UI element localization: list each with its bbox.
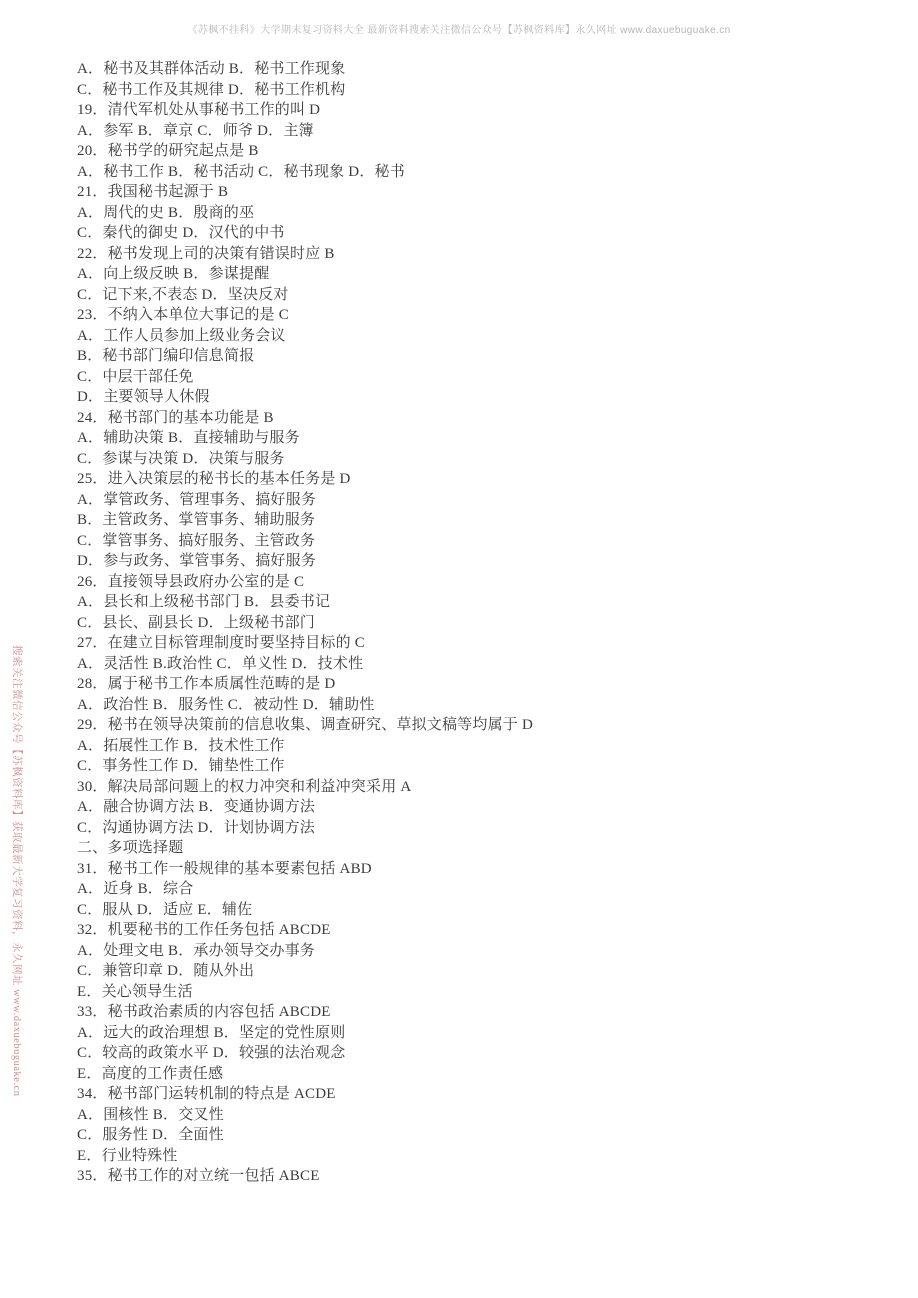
document-line: A．近身 B．综合 [77, 879, 888, 900]
document-line: 21．我国秘书起源于 B [77, 182, 888, 203]
document-line: D．参与政务、掌管事务、搞好服务 [77, 551, 888, 572]
document-line: C．记下来,不表态 D．坚决反对 [77, 285, 888, 306]
document-line: A．围核性 B．交叉性 [77, 1105, 888, 1126]
document-line: D．主要领导人休假 [77, 387, 888, 408]
document-line: 二、多项选择题 [77, 838, 888, 859]
document-line: 19．清代军机处从事秘书工作的叫 D [77, 100, 888, 121]
document-line: A．政治性 B．服务性 C．被动性 D．辅助性 [77, 695, 888, 716]
document-line: A．远大的政治理想 B．坚定的党性原则 [77, 1023, 888, 1044]
document-line: A．处理文电 B．承办领导交办事务 [77, 941, 888, 962]
document-line: 30．解决局部问题上的权力冲突和利益冲突采用 A [77, 777, 888, 798]
document-line: 23．不纳入本单位大事记的是 C [77, 305, 888, 326]
document-line: C．服从 D．适应 E．辅佐 [77, 900, 888, 921]
document-line: C．较高的政策水平 D．较强的法治观念 [77, 1043, 888, 1064]
document-line: 26．直接领导县政府办公室的是 C [77, 572, 888, 593]
document-line: C．兼管印章 D．随从外出 [77, 961, 888, 982]
document-page: 《苏枫不挂科》大学期末复习资料大全 最新资料搜索关注微信公众号【苏枫资料库】永久… [0, 0, 918, 1298]
document-line: C．服务性 D．全面性 [77, 1125, 888, 1146]
document-line: 35．秘书工作的对立统一包括 ABCE [77, 1166, 888, 1187]
document-line: B．秘书部门编印信息简报 [77, 346, 888, 367]
document-line: A．秘书工作 B．秘书活动 C．秘书现象 D．秘书 [77, 162, 888, 183]
document-line: 24．秘书部门的基本功能是 B [77, 408, 888, 429]
document-line: A．辅助决策 B．直接辅助与服务 [77, 428, 888, 449]
document-line: 28．属于秘书工作本质属性范畴的是 D [77, 674, 888, 695]
document-line: C．县长、副县长 D．上级秘书部门 [77, 613, 888, 634]
document-line: 29．秘书在领导决策前的信息收集、调查研究、草拟文稿等均属于 D [77, 715, 888, 736]
document-line: B．主管政务、掌管事务、辅助服务 [77, 510, 888, 531]
document-line: A．向上级反映 B．参谋提醒 [77, 264, 888, 285]
document-line: 22．秘书发现上司的决策有错误时应 B [77, 244, 888, 265]
document-line: 27．在建立目标管理制度时要坚持目标的 C [77, 633, 888, 654]
header-watermark-text: 《苏枫不挂科》大学期末复习资料大全 最新资料搜索关注微信公众号【苏枫资料库】永久… [0, 21, 918, 36]
document-line: A．参军 B．章京 C．师爷 D．主簿 [77, 121, 888, 142]
document-line: 20．秘书学的研究起点是 B [77, 141, 888, 162]
document-line: A．周代的史 B．殷商的巫 [77, 203, 888, 224]
document-line: A．融合协调方法 B．变通协调方法 [77, 797, 888, 818]
side-watermark-text: 搜索关注微信公众号【苏枫资料库】获取最新大学复习资料，永久网址 www.daxu… [10, 645, 25, 1097]
document-line: C．秦代的御史 D．汉代的中书 [77, 223, 888, 244]
document-line: C．沟通协调方法 D．计划协调方法 [77, 818, 888, 839]
document-line: A．县长和上级秘书部门 B．县委书记 [77, 592, 888, 613]
document-line: C．事务性工作 D．铺垫性工作 [77, 756, 888, 777]
document-line: E．关心领导生活 [77, 982, 888, 1003]
document-line: E．高度的工作责任感 [77, 1064, 888, 1085]
document-line: A．灵活性 B.政治性 C．单义性 D．技术性 [77, 654, 888, 675]
document-line: 31．秘书工作一般规律的基本要素包括 ABD [77, 859, 888, 880]
document-line: 34．秘书部门运转机制的特点是 ACDE [77, 1084, 888, 1105]
document-line: A．掌管政务、管理事务、搞好服务 [77, 490, 888, 511]
document-line: A．工作人员参加上级业务会议 [77, 326, 888, 347]
document-line: 33．秘书政治素质的内容包括 ABCDE [77, 1002, 888, 1023]
document-line: E．行业特殊性 [77, 1146, 888, 1167]
document-line: C．参谋与决策 D．决策与服务 [77, 449, 888, 470]
document-line: 25．进入决策层的秘书长的基本任务是 D [77, 469, 888, 490]
document-line: C．秘书工作及其规律 D．秘书工作机构 [77, 80, 888, 101]
document-line: A．拓展性工作 B．技术性工作 [77, 736, 888, 757]
document-line: C．中层干部任免 [77, 367, 888, 388]
document-line: A．秘书及其群体活动 B．秘书工作现象 [77, 59, 888, 80]
document-body: A．秘书及其群体活动 B．秘书工作现象C．秘书工作及其规律 D．秘书工作机构19… [77, 59, 888, 1187]
document-line: 32．机要秘书的工作任务包括 ABCDE [77, 920, 888, 941]
document-line: C．掌管事务、搞好服务、主管政务 [77, 531, 888, 552]
